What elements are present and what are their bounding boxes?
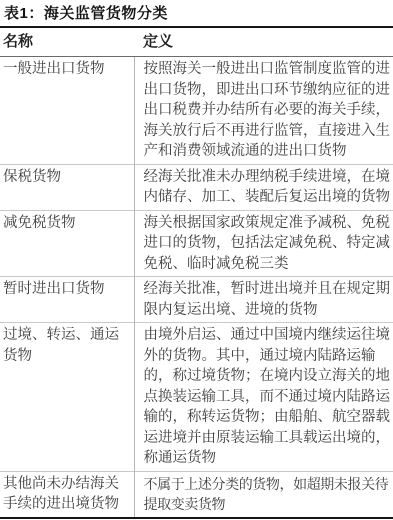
customs-goods-classification-page: 表1：海关监管货物分类 名称 定义 一般进出口货物 按照海关一般进出口监管制度监… [0, 0, 393, 520]
table-row: 减免税货物 海关根据国家政策规定准予减税、免税 进口的货物，包括法定减免税、特定… [0, 210, 393, 277]
row-definition-cell: 海关根据国家政策规定准予减税、免税 进口的货物，包括法定减免税、特定减 免税、临… [134, 210, 393, 277]
row-name-cell: 一般进出口货物 [0, 57, 134, 165]
row-definition-cell: 不属于上述分类的货物，如超期未报关待 提取变卖货物 [134, 471, 393, 518]
table-row: 保税货物 经海关批准未办理纳税手续进境，在境 内储存、加工、装配后复运出境的货物 [0, 164, 393, 210]
customs-goods-table: 名称 定义 一般进出口货物 按照海关一般进出口监管制度监管的进 出口货物，即进出… [0, 28, 393, 519]
row-definition-cell: 经海关批准，暂时进出境并且在规定期 限内复运出境、进境的货物 [134, 277, 393, 323]
table-row: 其他尚未办结海关 手续的进出境货物 不属于上述分类的货物，如超期未报关待 提取变… [0, 471, 393, 518]
row-name-cell: 暂时进出口货物 [0, 277, 134, 323]
table-row: 暂时进出口货物 经海关批准，暂时进出境并且在规定期 限内复运出境、进境的货物 [0, 277, 393, 323]
row-definition-cell: 按照海关一般进出口监管制度监管的进 出口货物，即进出口环节缴纳应征的进 出口税费… [134, 57, 393, 165]
header-row: 名称 定义 [0, 28, 393, 57]
column-header-definition: 定义 [134, 28, 393, 57]
table-title: 表1：海关监管货物分类 [0, 0, 393, 28]
row-name-cell: 过境、转运、通运 货物 [0, 323, 134, 472]
row-name-cell: 其他尚未办结海关 手续的进出境货物 [0, 471, 134, 518]
row-definition-cell: 经海关批准未办理纳税手续进境，在境 内储存、加工、装配后复运出境的货物 [134, 164, 393, 210]
row-name-cell: 保税货物 [0, 164, 134, 210]
table-row: 过境、转运、通运 货物 由境外启运、通过中国境内继续运往境 外的货物。其中，通过… [0, 323, 393, 472]
row-definition-cell: 由境外启运、通过中国境内继续运往境 外的货物。其中，通过境内陆路运输 的，称过境… [134, 323, 393, 472]
row-name-cell: 减免税货物 [0, 210, 134, 277]
column-header-name: 名称 [0, 28, 134, 57]
table-row: 一般进出口货物 按照海关一般进出口监管制度监管的进 出口货物，即进出口环节缴纳应… [0, 57, 393, 165]
